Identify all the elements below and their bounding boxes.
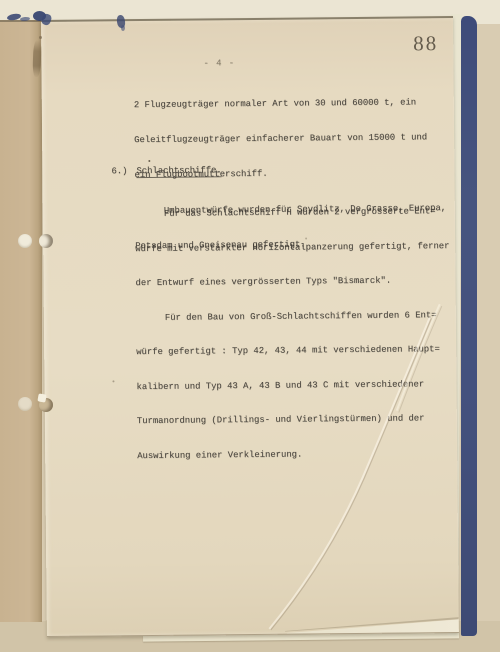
punch-hole-notch xyxy=(37,393,46,402)
paper-speck xyxy=(148,160,150,162)
ink-smudge xyxy=(121,25,125,31)
punch-hole xyxy=(18,397,32,411)
paper-crease xyxy=(41,18,459,636)
under-page-left xyxy=(0,20,42,622)
paper-speck xyxy=(305,237,307,239)
document-page: 88 - 4 - 2 Flugzeugträger normaler Art v… xyxy=(41,16,459,637)
paper-stain-dot xyxy=(39,36,42,39)
punch-hole xyxy=(18,234,32,248)
punch-hole xyxy=(39,234,53,248)
paper-speck xyxy=(112,380,114,382)
binding-blue-band xyxy=(461,16,477,636)
scanned-document: 88 - 4 - 2 Flugzeugträger normaler Art v… xyxy=(0,0,500,652)
